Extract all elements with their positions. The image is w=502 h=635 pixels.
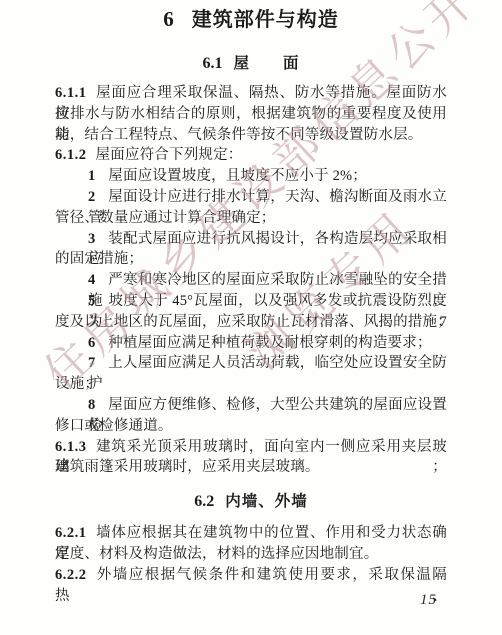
item-number: 3 xyxy=(88,231,95,247)
clause-line: 6.2.1墙体应根据其在建筑物中的位置、作用和受力状态确定 xyxy=(55,523,447,544)
list-item-line: 3装配式屋面应进行抗风揭设计，各构造层均应采取相应 xyxy=(55,229,447,250)
list-item-line: 8屋面应方便维修、检修，大型公共建筑的屋面应设置检 xyxy=(55,395,447,416)
line-text: 屋面应设置坡度，且坡度不应小于 2%； xyxy=(108,168,367,184)
body-text: 6.1.1屋面应合理采取保温、隔热、防水等措施。屋面防水应按排水与防水相结合的原… xyxy=(55,83,447,586)
item-number: 7 xyxy=(88,355,95,371)
section-title: 屋 面 xyxy=(233,54,299,72)
chapter-title-text: 建筑部件与构造 xyxy=(192,7,339,31)
line-text: 管径、数量应通过计算合理确定； xyxy=(55,210,276,226)
continuation-line: 管径、数量应通过计算合理确定； xyxy=(55,208,447,229)
continuation-line: 按排水与防水相结合的原则，根据建筑物的重要程度及使用功 xyxy=(55,104,447,125)
line-text: 的固定措施； xyxy=(55,251,143,267)
page-number: 15 xyxy=(420,592,437,609)
clause-line: 6.1.1屋面应合理采取保温、隔热、防水等措施。屋面防水应 xyxy=(55,83,447,104)
clause-label: 6.1.1 xyxy=(55,85,87,101)
item-number: 2 xyxy=(88,189,95,205)
line-text: 种植屋面应满足种植荷载及耐根穿刺的构造要求； xyxy=(108,335,431,351)
list-item-line: 2屋面设计应进行排水计算，天沟、檐沟断面及雨水立管 xyxy=(55,187,447,208)
continuation-line: 的固定措施； xyxy=(55,249,447,270)
line-text: 修口或检修通道。 xyxy=(55,418,173,434)
clause-label: 6.2.2 xyxy=(55,567,87,583)
chapter-number: 6 xyxy=(163,7,174,31)
clause-line: 6.2.2外墙应根据气候条件和建筑使用要求，采取保温隔热、 xyxy=(55,565,447,586)
line-text: 设施； xyxy=(55,376,99,392)
item-number: 1 xyxy=(88,168,95,184)
item-number: 5 xyxy=(88,293,95,309)
continuation-line: 修口或检修通道。 xyxy=(55,416,447,437)
list-item-line: 7上人屋面应满足人员活动荷载，临空处应设置安全防护 xyxy=(55,353,447,374)
section-heading-walls: 6.2内墙、外墙 xyxy=(55,491,447,512)
item-number: 4 xyxy=(88,272,95,288)
clause-line: 6.1.3建筑采光顶采用玻璃时，面向室内一侧应采用夹层玻璃； xyxy=(55,437,447,458)
line-text: 度及以上地区的瓦屋面，应采取防止瓦材滑落、风揭的措施； xyxy=(55,314,452,330)
item-number: 6 xyxy=(88,335,95,351)
section-heading-roof: 6.1屋 面 xyxy=(55,53,447,74)
page-content: 6建筑部件与构造 6.1屋 面 6.1.1屋面应合理采取保温、隔热、防水等措施。… xyxy=(55,6,447,586)
list-item-line: 6种植屋面应满足种植荷载及耐根穿刺的构造要求； xyxy=(55,333,447,354)
continuation-line: 能，结合工程特点、气候条件等按不同等级设置防水层。 xyxy=(55,125,447,146)
line-text: 屋面应符合下列规定： xyxy=(96,147,243,163)
item-number: 8 xyxy=(88,397,95,413)
section-number: 6.2 xyxy=(194,493,214,510)
line-text: 厚度、材料及构造做法，材料的选择应因地制宜。 xyxy=(55,546,378,562)
clause-line: 6.1.2屋面应符合下列规定： xyxy=(55,145,447,166)
list-item-line: 4严寒和寒冷地区的屋面应采取防止冰雪融坠的安全措施； xyxy=(55,270,447,291)
continuation-line: 度及以上地区的瓦屋面，应采取防止瓦材滑落、风揭的措施； xyxy=(55,312,447,333)
clause-label: 6.2.1 xyxy=(55,525,87,541)
line-text: 建筑雨篷采用玻璃时，应采用夹层玻璃。 xyxy=(55,459,320,475)
continuation-line: 厚度、材料及构造做法，材料的选择应因地制宜。 xyxy=(55,544,447,565)
line-text: 外墙应根据气候条件和建筑使用要求，采取保温隔热、 xyxy=(55,567,447,604)
section-number: 6.1 xyxy=(202,55,222,72)
section-title: 内墙、外墙 xyxy=(225,492,308,510)
line-text: 能，结合工程特点、气候条件等按不同等级设置防水层。 xyxy=(55,127,423,143)
chapter-title: 6建筑部件与构造 xyxy=(55,6,447,32)
list-item-line: 5坡度大于 45°瓦屋面，以及强风多发或抗震设防烈度为 7 xyxy=(55,291,447,312)
document-page: 住房城乡建设部信息公开 浏览专用 6建筑部件与构造 6.1屋 面 6.1.1屋面… xyxy=(0,0,502,635)
clause-label: 6.1.3 xyxy=(55,439,87,455)
continuation-line: 设施； xyxy=(55,374,447,395)
list-item-line: 1屋面应设置坡度，且坡度不应小于 2%； xyxy=(55,166,447,187)
clause-label: 6.1.2 xyxy=(55,147,87,163)
